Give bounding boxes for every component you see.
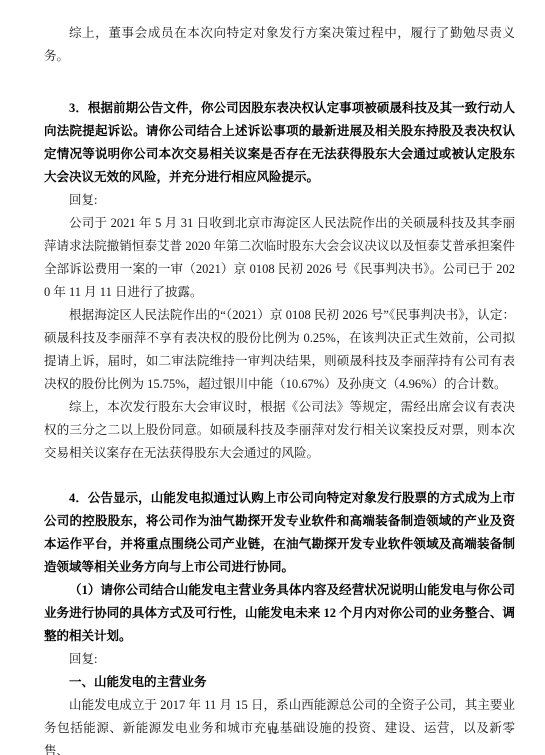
paragraph-question-4-sub-1: （1）请你公司结合山能发电主营业务具体内容及经营状况说明山能发电与你公司业务进行…: [44, 579, 515, 648]
document-page: 综上，董事会成员在本次向特定对象发行方案决策过程中，履行了勤勉尽责义务。 3．根…: [0, 0, 545, 755]
page-number: 11: [0, 720, 545, 743]
paragraph-judgment-content: 根据海淀区人民法院作出的“（2021）京 0108 民初 2026 号”《民事判…: [44, 304, 515, 396]
reply-label-1: 回复:: [44, 189, 515, 212]
paragraph-vote-risk-conclusion: 综上，本次发行股东大会审议时，根据《公司法》等规定，需经出席会议有表决权的三分之…: [44, 396, 515, 465]
heading-shanneng-main-business: 一、山能发电的主营业务: [44, 671, 515, 694]
paragraph-question-4: 4．公告显示，山能发电拟通过认购上市公司向特定对象发行股票的方式成为上市公司的控…: [44, 487, 515, 579]
paragraph-judgment-received: 公司于 2021 年 5 月 31 日收到北京市海淀区人民法院作出的关硕晟科技及…: [44, 212, 515, 304]
paragraph-board-diligence-conclusion: 综上，董事会成员在本次向特定对象发行方案决策过程中，履行了勤勉尽责义务。: [44, 22, 515, 68]
paragraph-question-3: 3．根据前期公告文件，你公司因股东表决权认定事项被硕晟科技及其一致行动人向法院提…: [44, 97, 515, 189]
reply-label-2: 回复:: [44, 648, 515, 671]
